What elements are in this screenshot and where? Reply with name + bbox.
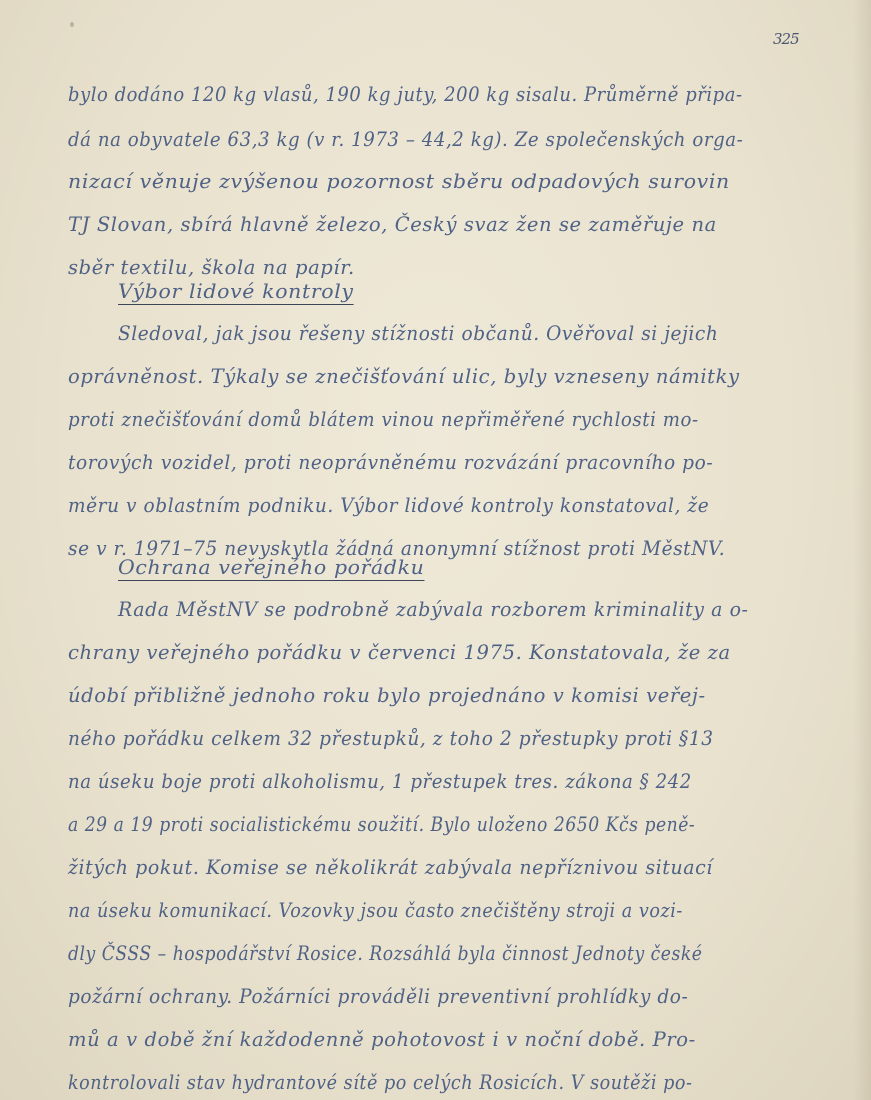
text-line: měru v oblastním podniku. Výbor lidové k… [68, 494, 709, 517]
text-line: oprávněnost. Týkaly se znečišťování ulic… [68, 365, 740, 388]
text-line: ného pořádku celkem 32 přestupků, z toho… [68, 727, 714, 750]
text-line: Rada MěstNV se podrobně zabývala rozbore… [118, 598, 749, 621]
section-heading-ochrana-verejneho-poradku: Ochrana veřejného pořádku [118, 556, 424, 579]
text-line: na úseku komunikací. Vozovky jsou často … [68, 899, 683, 922]
text-line: kontrolovali stav hydrantové sítě po cel… [68, 1071, 693, 1094]
section-heading-vybor-lidove-kontroly: Výbor lidové kontroly [118, 280, 354, 303]
text-line: sběr textilu, škola na papír. [68, 256, 355, 279]
text-line: Sledoval, jak jsou řešeny stížnosti obča… [118, 322, 718, 345]
text-line: dly ČSSS – hospodářství Rosice. Rozsáhlá… [68, 942, 702, 965]
text-line: bylo dodáno 120 kg vlasů, 190 kg juty, 2… [68, 83, 743, 106]
text-line: údobí přibližně jednoho roku bylo projed… [68, 684, 706, 707]
text-line: žitých pokut. Komise se několikrát zabýv… [68, 856, 713, 879]
paper-speck [70, 22, 74, 27]
text-line: dá na obyvatele 63,3 kg (v r. 1973 – 44,… [68, 128, 743, 151]
text-line: mů a v době žní každodenně pohotovost i … [68, 1028, 696, 1051]
handwritten-page: 325 bylo dodáno 120 kg vlasů, 190 kg jut… [0, 0, 871, 1100]
text-line: TJ Slovan, sbírá hlavně železo, Český sv… [68, 213, 717, 236]
page-number: 325 [773, 30, 799, 48]
text-line: torových vozidel, proti neoprávněnému ro… [68, 451, 713, 474]
text-line: a 29 a 19 proti socialistickému soužití.… [68, 813, 695, 836]
text-line: chrany veřejného pořádku v červenci 1975… [68, 641, 731, 664]
text-line: nizací věnuje zvýšenou pozornost sběru o… [68, 170, 730, 193]
text-line: požární ochrany. Požárníci prováděli pre… [68, 985, 688, 1008]
text-line: na úseku boje proti alkoholismu, 1 přest… [68, 770, 692, 793]
text-line: proti znečišťování domů blátem vinou nep… [68, 408, 699, 431]
